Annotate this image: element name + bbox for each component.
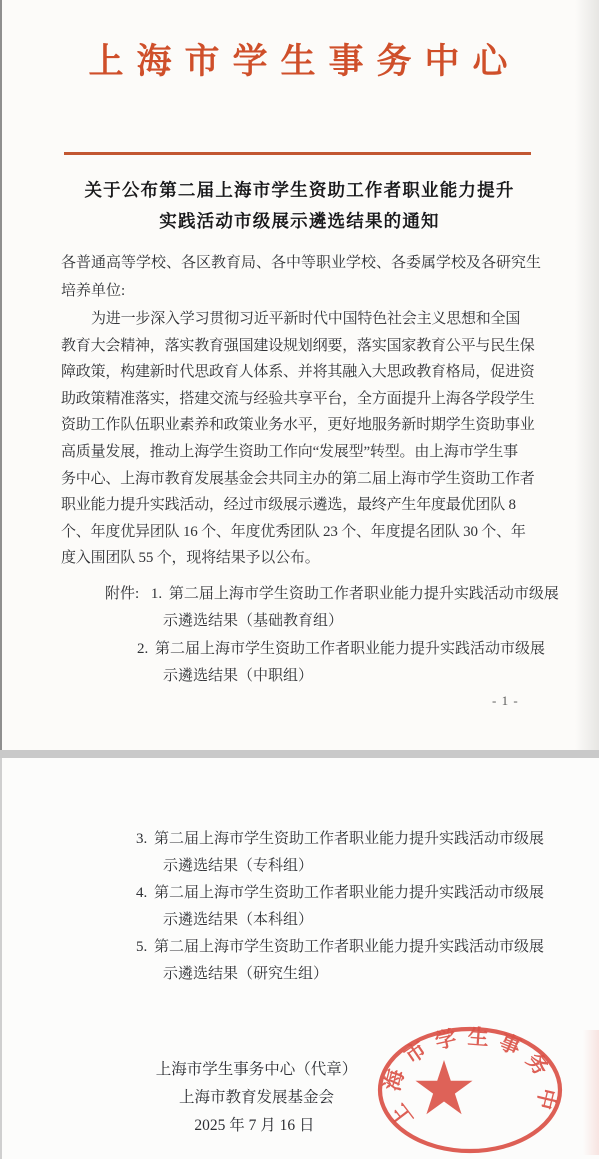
body-paragraph: 为进一步深入学习贯彻习近平新时代中国特色社会主义思想和全国 教育大会精神，落实教…	[61, 306, 543, 572]
body-line: 务中心、上海市教育发展基金会共同主办的第二届上海市学生资助工作者	[61, 466, 543, 493]
attachment-text: 第二届上海市学生资助工作者职业能力提升实践活动市级展	[154, 885, 544, 901]
attachment-text: 第二届上海市学生资助工作者职业能力提升实践活动市级展	[154, 831, 544, 847]
body-line: 高质量发展，推动上海学生资助工作向“发展型”转型。由上海市学生事	[61, 439, 543, 466]
attachment-text: 第二届上海市学生资助工作者职业能力提升实践活动市级展	[169, 586, 559, 602]
letterhead-title: 上海市学生事务中心	[0, 34, 599, 84]
official-seal: 上海市学生事务中心	[356, 1016, 588, 1159]
attachment-item-5-cont: 示遴选结果（研究生组）	[163, 966, 328, 982]
attachment-number: 4.	[136, 885, 147, 901]
attachment-text: 第二届上海市学生资助工作者职业能力提升实践活动市级展	[154, 939, 544, 955]
page-1: 上海市学生事务中心 关于公布第二届上海市学生资助工作者职业能力提升 实践活动市级…	[0, 0, 599, 750]
body-line: 度入围团队 55 个，现将结果予以公布。	[61, 545, 543, 572]
body-line: 教育大会精神，落实教育强国建设规划纲要，落实国家教育公平与民生保	[61, 333, 543, 360]
addressee-block: 各普通高等学校、各区教育局、各中等职业学校、各委属学校及各研究生 培养单位:	[61, 249, 543, 305]
document-title-line2: 实践活动市级展示遴选结果的通知	[0, 206, 599, 237]
attachment-item-2-cont: 示遴选结果（中职组）	[163, 668, 313, 684]
attachment-item-3-cont: 示遴选结果（专科组）	[163, 858, 313, 874]
scan-ink-smudge	[583, 1030, 599, 1155]
document-title: 关于公布第二届上海市学生资助工作者职业能力提升 实践活动市级展示遴选结果的通知	[0, 175, 599, 237]
body-line: 职业能力提升实践活动，经过市级展示遴选，最终产生年度最优团队 8	[61, 492, 543, 519]
attachment-item-1-cont: 示遴选结果（基础教育组）	[163, 613, 343, 629]
body-line: 障政策，构建新时代思政育人体系、并将其融入大思政教育格局，促进资	[61, 359, 543, 386]
attachment-number: 2.	[137, 641, 148, 657]
addressee-line1: 各普通高等学校、各区教育局、各中等职业学校、各委属学校及各研究生	[61, 249, 543, 277]
attachment-item-1: 附件: 1. 第二届上海市学生资助工作者职业能力提升实践活动市级展	[105, 586, 559, 602]
seal-star-icon	[416, 1060, 473, 1114]
addressee-line2: 培养单位:	[61, 277, 543, 305]
attachment-number: 3.	[136, 831, 147, 847]
attachment-item-2: 2. 第二届上海市学生资助工作者职业能力提升实践活动市级展	[137, 641, 545, 657]
attachment-item-5: 5. 第二届上海市学生资助工作者职业能力提升实践活动市级展	[136, 939, 544, 955]
scan-shadow-right	[575, 0, 599, 750]
attachments-label: 附件:	[105, 586, 139, 602]
scan-edge-left-page1	[0, 0, 2, 750]
page-divider	[0, 750, 599, 758]
attachment-number: 5.	[136, 939, 147, 955]
body-line: 助政策精准落实，搭建交流与经验共享平台，全方面提升上海各学段学生	[61, 386, 543, 413]
page-number: - 1 -	[492, 693, 519, 709]
attachment-number: 1.	[151, 586, 162, 602]
body-line: 资助工作队伍职业素养和政策业务水平，更好地服务新时期学生资助事业	[61, 412, 543, 439]
body-line: 个、年度优异团队 16 个、年度优秀团队 23 个、年度提名团队 30 个、年	[61, 519, 543, 546]
scanned-notice-document: 上海市学生事务中心 关于公布第二届上海市学生资助工作者职业能力提升 实践活动市级…	[0, 0, 599, 1159]
attachment-item-4: 4. 第二届上海市学生资助工作者职业能力提升实践活动市级展	[136, 885, 544, 901]
scan-edge-left-page2	[0, 758, 2, 1159]
document-title-line1: 关于公布第二届上海市学生资助工作者职业能力提升	[0, 175, 599, 206]
letterhead-rule	[64, 152, 531, 155]
attachment-item-3: 3. 第二届上海市学生资助工作者职业能力提升实践活动市级展	[136, 831, 544, 847]
attachment-text: 第二届上海市学生资助工作者职业能力提升实践活动市级展	[155, 641, 545, 657]
body-line: 为进一步深入学习贯彻习近平新时代中国特色社会主义思想和全国	[61, 306, 543, 333]
attachment-item-4-cont: 示遴选结果（本科组）	[163, 912, 313, 928]
